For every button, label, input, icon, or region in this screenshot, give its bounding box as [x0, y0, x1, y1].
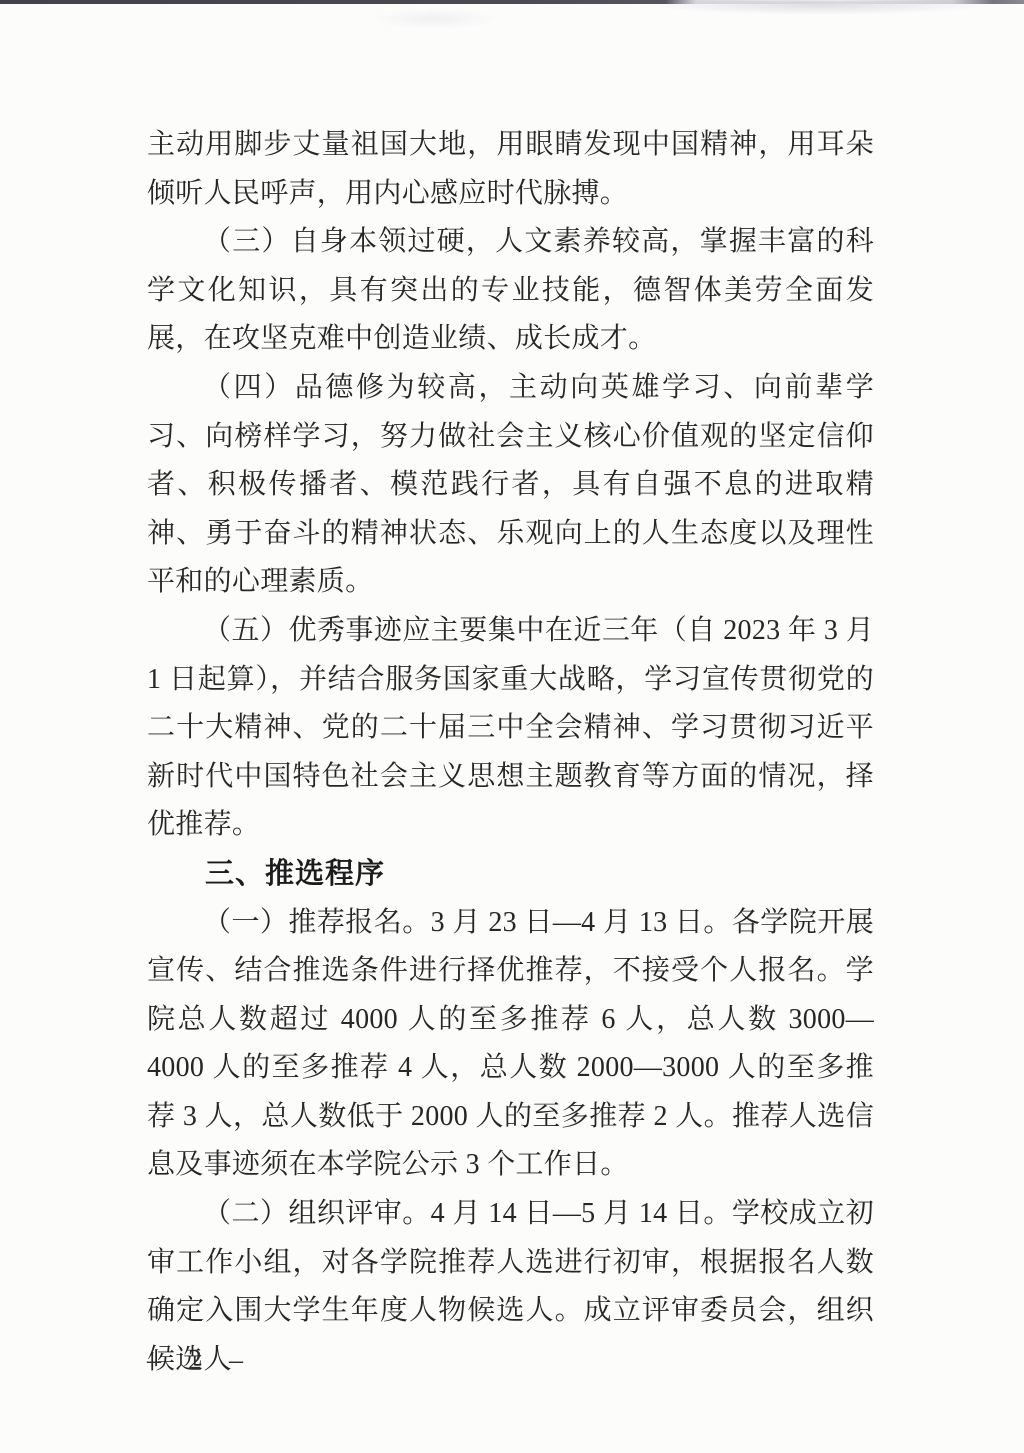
- paragraph: （四）品德修为较高，主动向英雄学习、向前辈学习、向榜样学习，努力做社会主义核心价…: [147, 364, 874, 607]
- document-body: 主动用脚步丈量祖国大地，用眼睛发现中国精神，用耳朵倾听人民呼声，用内心感应时代脉…: [147, 121, 874, 1384]
- scan-smudge: [650, 1, 990, 15]
- paragraph: （二）组织评审。4 月 14 日—5 月 14 日。学校成立初审工作小组，对各学…: [147, 1190, 874, 1384]
- paragraph: （五）优秀事迹应主要集中在近三年（自 2023 年 3 月 1 日起算），并结合…: [147, 607, 874, 850]
- paragraph: （三）自身本领过硬，人文素养较高，掌握丰富的科学文化知识，具有突出的专业技能，德…: [147, 218, 874, 364]
- page-number: – 2 –: [147, 1344, 245, 1378]
- scan-smudge: [370, 8, 500, 30]
- document-page: 主动用脚步丈量祖国大地，用眼睛发现中国精神，用耳朵倾听人民呼声，用内心感应时代脉…: [0, 0, 1024, 1453]
- paragraph: 主动用脚步丈量祖国大地，用眼睛发现中国精神，用耳朵倾听人民呼声，用内心感应时代脉…: [147, 121, 874, 218]
- paragraph: （一）推荐报名。3 月 23 日—4 月 13 日。各学院开展宣传、结合推选条件…: [147, 899, 874, 1191]
- section-heading: 三、推选程序: [147, 850, 874, 899]
